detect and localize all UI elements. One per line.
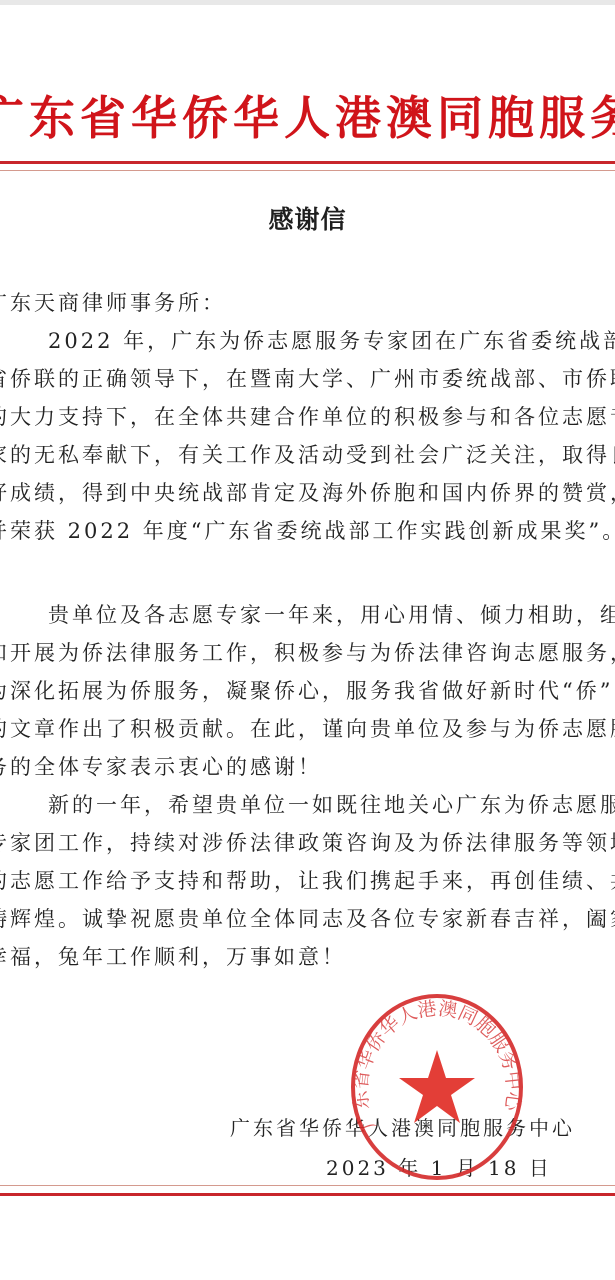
body-line: 好成绩，得到中央统战部肯定及海外侨胞和国内侨界的赞赏， <box>0 474 615 512</box>
body-line: 省侨联的正确领导下，在暨南大学、广州市委统战部、市侨联 <box>0 360 615 398</box>
red-star-icon <box>399 1050 475 1123</box>
body-line: 为深化拓展为侨服务，凝聚侨心，服务我省做好新时代“侨” <box>0 672 615 710</box>
document-title: 感谢信 <box>0 200 615 236</box>
body-line: 新的一年，希望贵单位一如既往地关心广东为侨志愿服务 <box>0 786 615 824</box>
body-line: 铸辉煌。诚挚祝愿贵单位全体同志及各位专家新春吉祥，阖家 <box>0 900 615 938</box>
body-line: 2022 年，广东为侨志愿服务专家团在广东省委统战部、 <box>0 322 615 360</box>
body-line: 并荣获 2022 年度“广东省委统战部工作实践创新成果奖”。 <box>0 512 615 550</box>
letter-page: 广东省华侨华人港澳同胞服务中心 感谢信 广东天商律师事务所： 2022 年，广东… <box>0 0 615 1280</box>
footer-rule-thin <box>0 1185 615 1186</box>
letterhead-rule-thick <box>0 161 615 164</box>
official-seal-icon: 广东省华侨华人港澳同胞服务中心 <box>349 992 525 1182</box>
body-line: 幸福，兔年工作顺利，万事如意！ <box>0 938 615 976</box>
paragraph-gap <box>0 550 615 596</box>
body-line: 的大力支持下，在全体共建合作单位的积极参与和各位志愿专 <box>0 398 615 436</box>
letter-body: 广东天商律师事务所： 2022 年，广东为侨志愿服务专家团在广东省委统战部、 省… <box>0 284 615 976</box>
letterhead-rule-thin <box>0 170 615 171</box>
body-line: 务的全体专家表示衷心的感谢！ <box>0 748 615 786</box>
body-line: 和开展为侨法律服务工作，积极参与为侨法律咨询志愿服务， <box>0 634 615 672</box>
body-line: 的文章作出了积极贡献。在此，谨向贵单位及参与为侨志愿服 <box>0 710 615 748</box>
body-line: 家的无私奉献下，有关工作及活动受到社会广泛关注，取得良 <box>0 436 615 474</box>
footer-rule-thick <box>0 1193 615 1196</box>
salutation: 广东天商律师事务所： <box>0 284 615 322</box>
body-line: 的志愿工作给予支持和帮助，让我们携起手来，再创佳绩、共 <box>0 862 615 900</box>
body-line: 专家团工作，持续对涉侨法律政策咨询及为侨法律服务等领域 <box>0 824 615 862</box>
body-line: 贵单位及各志愿专家一年来，用心用情、倾力相助，组织 <box>0 596 615 634</box>
letterhead-organization: 广东省华侨华人港澳同胞服务中心 <box>0 88 615 148</box>
top-bar <box>0 0 615 5</box>
